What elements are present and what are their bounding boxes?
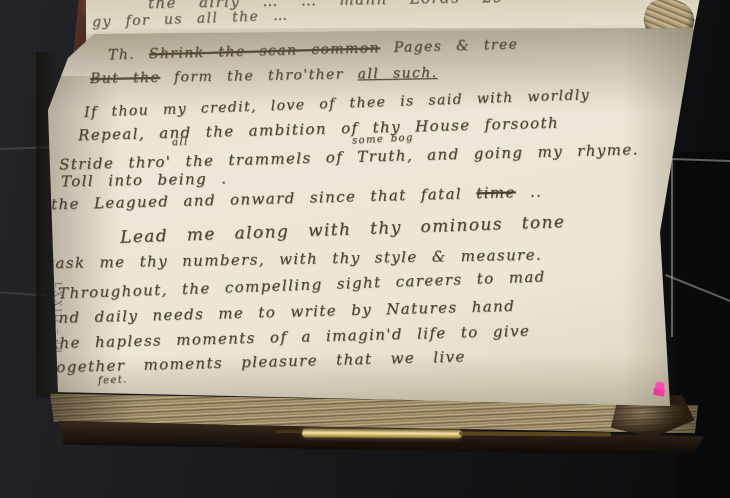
handwriting-text: Toll into being . xyxy=(61,170,228,191)
handwriting-text: Stride thro' the trammels of Truth, and … xyxy=(59,140,639,173)
book-cradle-wire xyxy=(671,159,673,337)
struck-text: time xyxy=(476,183,516,202)
interlinear-insertion: some bog xyxy=(352,132,414,146)
handwriting-line: Stride thro' the trammels of Truth, and … xyxy=(59,140,639,173)
handwriting-fragment: gy for us all the … xyxy=(92,8,289,31)
handwriting-text: task me thy numbers, with thy style & me… xyxy=(48,246,542,273)
pink-conservation-mark xyxy=(653,381,666,396)
photograph-of-open-sketchbook: the airly … … mann Lords 29 gy for us al… xyxy=(0,0,730,498)
handwriting-text: Pages & tree xyxy=(394,37,519,56)
handwriting-line: task me thy numbers, with thy style & me… xyxy=(48,246,542,273)
struck-text: But the xyxy=(90,70,160,87)
brass-clasp-nub xyxy=(276,430,303,433)
handwriting-text: Lead me along with thy ominous tone xyxy=(120,212,566,248)
handwriting-text: form the thro'ther xyxy=(174,67,344,86)
handwriting-line: Toll into being . xyxy=(61,170,228,191)
manuscript-page: Th. Shrink the scan common Pages & tree … xyxy=(46,26,696,408)
handwriting-text: .. xyxy=(530,183,543,201)
handwriting-line: Lead me along with thy ominous tone xyxy=(120,212,566,248)
handwriting-text: Th. xyxy=(108,47,135,64)
interlinear-insertion: all xyxy=(172,137,189,149)
brass-clasp xyxy=(302,428,462,438)
interlinear-insertion: feet. xyxy=(98,374,128,386)
underlined-text: all such. xyxy=(358,65,438,82)
